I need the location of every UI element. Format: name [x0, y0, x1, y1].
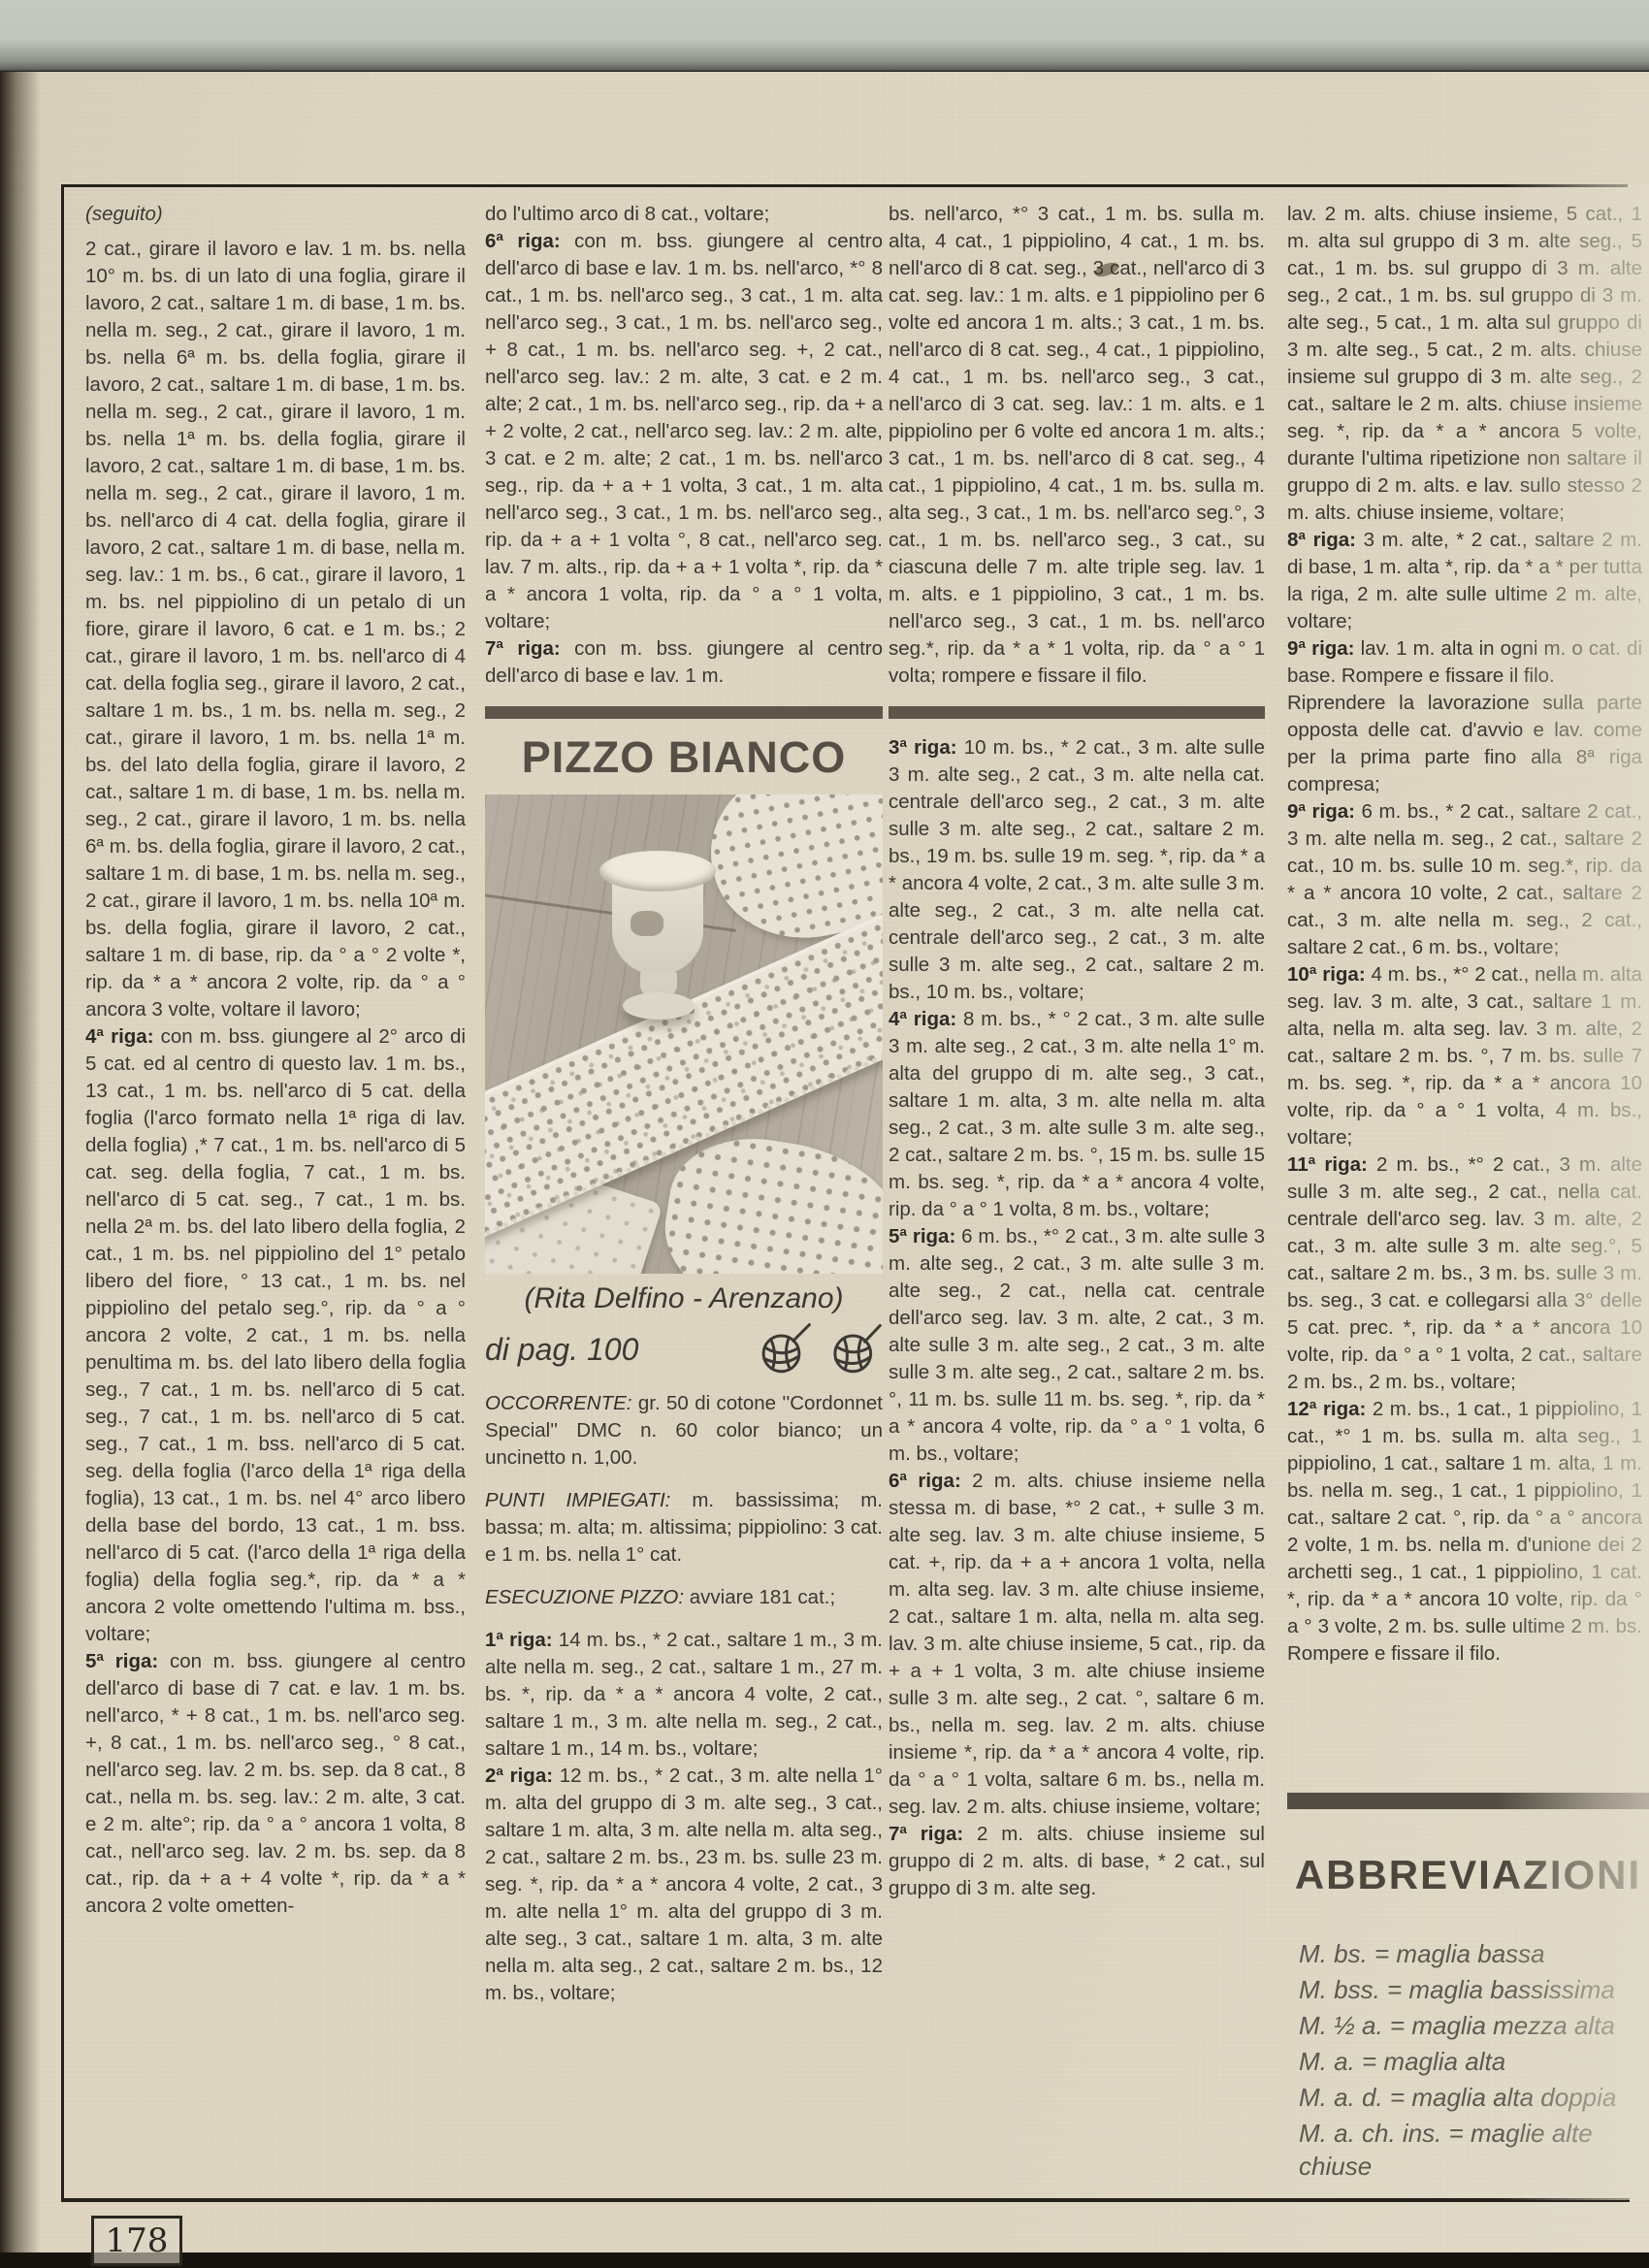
abbreviation-item: M. a. d. = maglia alta doppia [1299, 2081, 1619, 2114]
riga-label: 1ª riga: [485, 1629, 559, 1651]
riga-label: 11ª riga: [1287, 1153, 1376, 1176]
abbreviation-item: M. ½ a. = maglia mezza alta [1299, 2009, 1619, 2042]
pattern-text-col3-bottom: 3ª riga: 10 m. bs., * 2 cat., 3 m. alte … [889, 734, 1265, 1902]
pattern-paragraph: Riprendere la lavorazione sulla parte op… [1287, 690, 1642, 798]
pattern-paragraph: 7ª riga: 2 m. alts. chiuse insieme sul g… [889, 1821, 1265, 1902]
riga-label: 5ª riga: [889, 1225, 961, 1247]
page-left-edge-shadow [0, 72, 41, 2268]
abbreviation-item: M. bs. = maglia bassa [1299, 1937, 1619, 1970]
page-reference-row: di pag. 100 [485, 1322, 883, 1377]
continuation-note: (seguito) [85, 201, 466, 228]
riga-label: 12ª riga: [1287, 1398, 1373, 1420]
pattern-paragraph: 3ª riga: 10 m. bs., * 2 cat., 3 m. alte … [889, 734, 1265, 1006]
yarn-ball-icon [826, 1322, 883, 1377]
pattern-paragraph: 7ª riga: con m. bss. giungere al centro … [485, 635, 883, 690]
riga-label: 4ª riga: [889, 1008, 963, 1030]
stitches-paragraph: PUNTI IMPIEGATI: m. bassissima; m. bassa… [485, 1487, 883, 1569]
pattern-paragraph: 11ª riga: 2 m. bs., *° 2 cat., 3 m. alte… [1287, 1151, 1642, 1396]
content-frame-left-rule [61, 184, 64, 2202]
pattern-text-col4: lav. 2 m. alts. chiuse insieme, 5 cat., … [1287, 201, 1642, 1668]
pattern-paragraph: 4ª riga: 8 m. bs., * ° 2 cat., 3 m. alte… [889, 1006, 1265, 1223]
execution-paragraph: ESECUZIONE PIZZO: avviare 181 cat.; [485, 1584, 883, 1611]
text-column-4: lav. 2 m. alts. chiuse insieme, 5 cat., … [1287, 201, 1642, 1792]
content-frame-bottom-rule [61, 2198, 1630, 2202]
pattern-paragraph: 9ª riga: lav. 1 m. alta in ogni m. o cat… [1287, 635, 1642, 690]
abbreviations-top-bar [1287, 1793, 1649, 1809]
abbreviations-section: ABBREVIAZIONI M. bs. = maglia bassaM. bs… [1287, 1793, 1649, 2186]
pattern-paragraph: 8ª riga: 3 m. alte, * 2 cat., saltare 2 … [1287, 527, 1642, 635]
abbreviation-item: M. a. ch. ins. = maglie alte chiuse [1299, 2117, 1619, 2183]
egg-cup [599, 851, 718, 1041]
pattern-text-col3-top: bs. nell'arco, *° 3 cat., 1 m. bs. sulla… [889, 201, 1265, 690]
stitches-label: PUNTI IMPIEGATI: [485, 1489, 670, 1511]
pattern-paragraph: do l'ultimo arco di 8 cat., voltare; [485, 201, 883, 228]
pattern-paragraph: 2 cat., girare il lavoro e lav. 1 m. bs.… [85, 236, 466, 1023]
pattern-text-col2-bottom: 1ª riga: 14 m. bs., * 2 cat., saltare 1 … [485, 1627, 883, 2007]
riga-label: 9ª riga: [1287, 637, 1361, 660]
riga-label: 9ª riga: [1287, 800, 1362, 823]
pattern-paragraph: 6ª riga: con m. bss. giungere al centro … [485, 228, 883, 635]
page-bottom-edge [0, 2252, 1649, 2268]
pattern-text-col1: 2 cat., girare il lavoro e lav. 1 m. bs.… [85, 236, 466, 1920]
materials-label: OCCORRENTE: [485, 1392, 631, 1414]
pattern-paragraph: bs. nell'arco, *° 3 cat., 1 m. bs. sulla… [889, 201, 1265, 690]
text-column-3: bs. nell'arco, *° 3 cat., 1 m. bs. sulla… [889, 201, 1265, 2191]
yarn-ball-icon [757, 1322, 813, 1377]
riga-label: 4ª riga: [85, 1025, 161, 1048]
section-divider-bar [889, 706, 1265, 719]
riga-label: 6ª riga: [889, 1470, 972, 1492]
abbreviations-title: ABBREVIAZIONI [1287, 1852, 1649, 1898]
page-reference: di pag. 100 [485, 1336, 638, 1363]
riga-label: 7ª riga: [485, 637, 574, 660]
content-frame-top-rule [61, 184, 1628, 187]
riga-label: 10ª riga: [1287, 963, 1372, 986]
riga-label: 7ª riga: [889, 1823, 977, 1845]
section-divider-bar [485, 706, 883, 719]
photo-caption: (Rita Delfino - Arenzano) [485, 1285, 883, 1312]
execution-text: avviare 181 cat.; [690, 1586, 835, 1608]
scanner-background [0, 0, 1649, 72]
pattern-paragraph: 9ª riga: 6 m. bs., * 2 cat., saltare 2 c… [1287, 798, 1642, 961]
abbreviation-item: M. bss. = maglia bassissima [1299, 1973, 1619, 2006]
riga-label: 5ª riga: [85, 1650, 170, 1672]
pattern-paragraph: 4ª riga: con m. bss. giungere al 2° arco… [85, 1023, 466, 1648]
text-column-1: (seguito) 2 cat., girare il lavoro e lav… [85, 201, 466, 2191]
yarn-icons [757, 1322, 883, 1377]
execution-label: ESECUZIONE PIZZO: [485, 1586, 684, 1608]
riga-label: 3ª riga: [889, 736, 964, 759]
pattern-paragraph: 10ª riga: 4 m. bs., *° 2 cat., nella m. … [1287, 961, 1642, 1151]
riga-label: 8ª riga: [1287, 529, 1364, 551]
article-title: PIZZO BIANCO [485, 734, 883, 781]
lace-photo [485, 794, 883, 1274]
pattern-text-col2-top: do l'ultimo arco di 8 cat., voltare;6ª r… [485, 201, 883, 690]
pattern-paragraph: 5ª riga: con m. bss. giungere al centro … [85, 1648, 466, 1920]
pattern-paragraph: 12ª riga: 2 m. bs., 1 cat., 1 pippiolino… [1287, 1396, 1642, 1668]
abbreviation-item: M. a. = maglia alta [1299, 2045, 1619, 2078]
pattern-paragraph: 2ª riga: 12 m. bs., * 2 cat., 3 m. alte … [485, 1763, 883, 2007]
pattern-paragraph: lav. 2 m. alts. chiuse insieme, 5 cat., … [1287, 201, 1642, 527]
riga-label: 2ª riga: [485, 1765, 560, 1787]
pattern-paragraph: 6ª riga: 2 m. alts. chiuse insieme nella… [889, 1468, 1265, 1821]
abbreviations-list: M. bs. = maglia bassaM. bss. = maglia ba… [1287, 1937, 1649, 2183]
riga-label: 6ª riga: [485, 230, 574, 252]
page-number: 178 [91, 2216, 182, 2266]
text-column-2: do l'ultimo arco di 8 cat., voltare;6ª r… [485, 201, 883, 2191]
materials-paragraph: OCCORRENTE: gr. 50 di cotone ''Cordonnet… [485, 1390, 883, 1472]
pattern-paragraph: 1ª riga: 14 m. bs., * 2 cat., saltare 1 … [485, 1627, 883, 1763]
pattern-paragraph: 5ª riga: 6 m. bs., *° 2 cat., 3 m. alte … [889, 1223, 1265, 1468]
